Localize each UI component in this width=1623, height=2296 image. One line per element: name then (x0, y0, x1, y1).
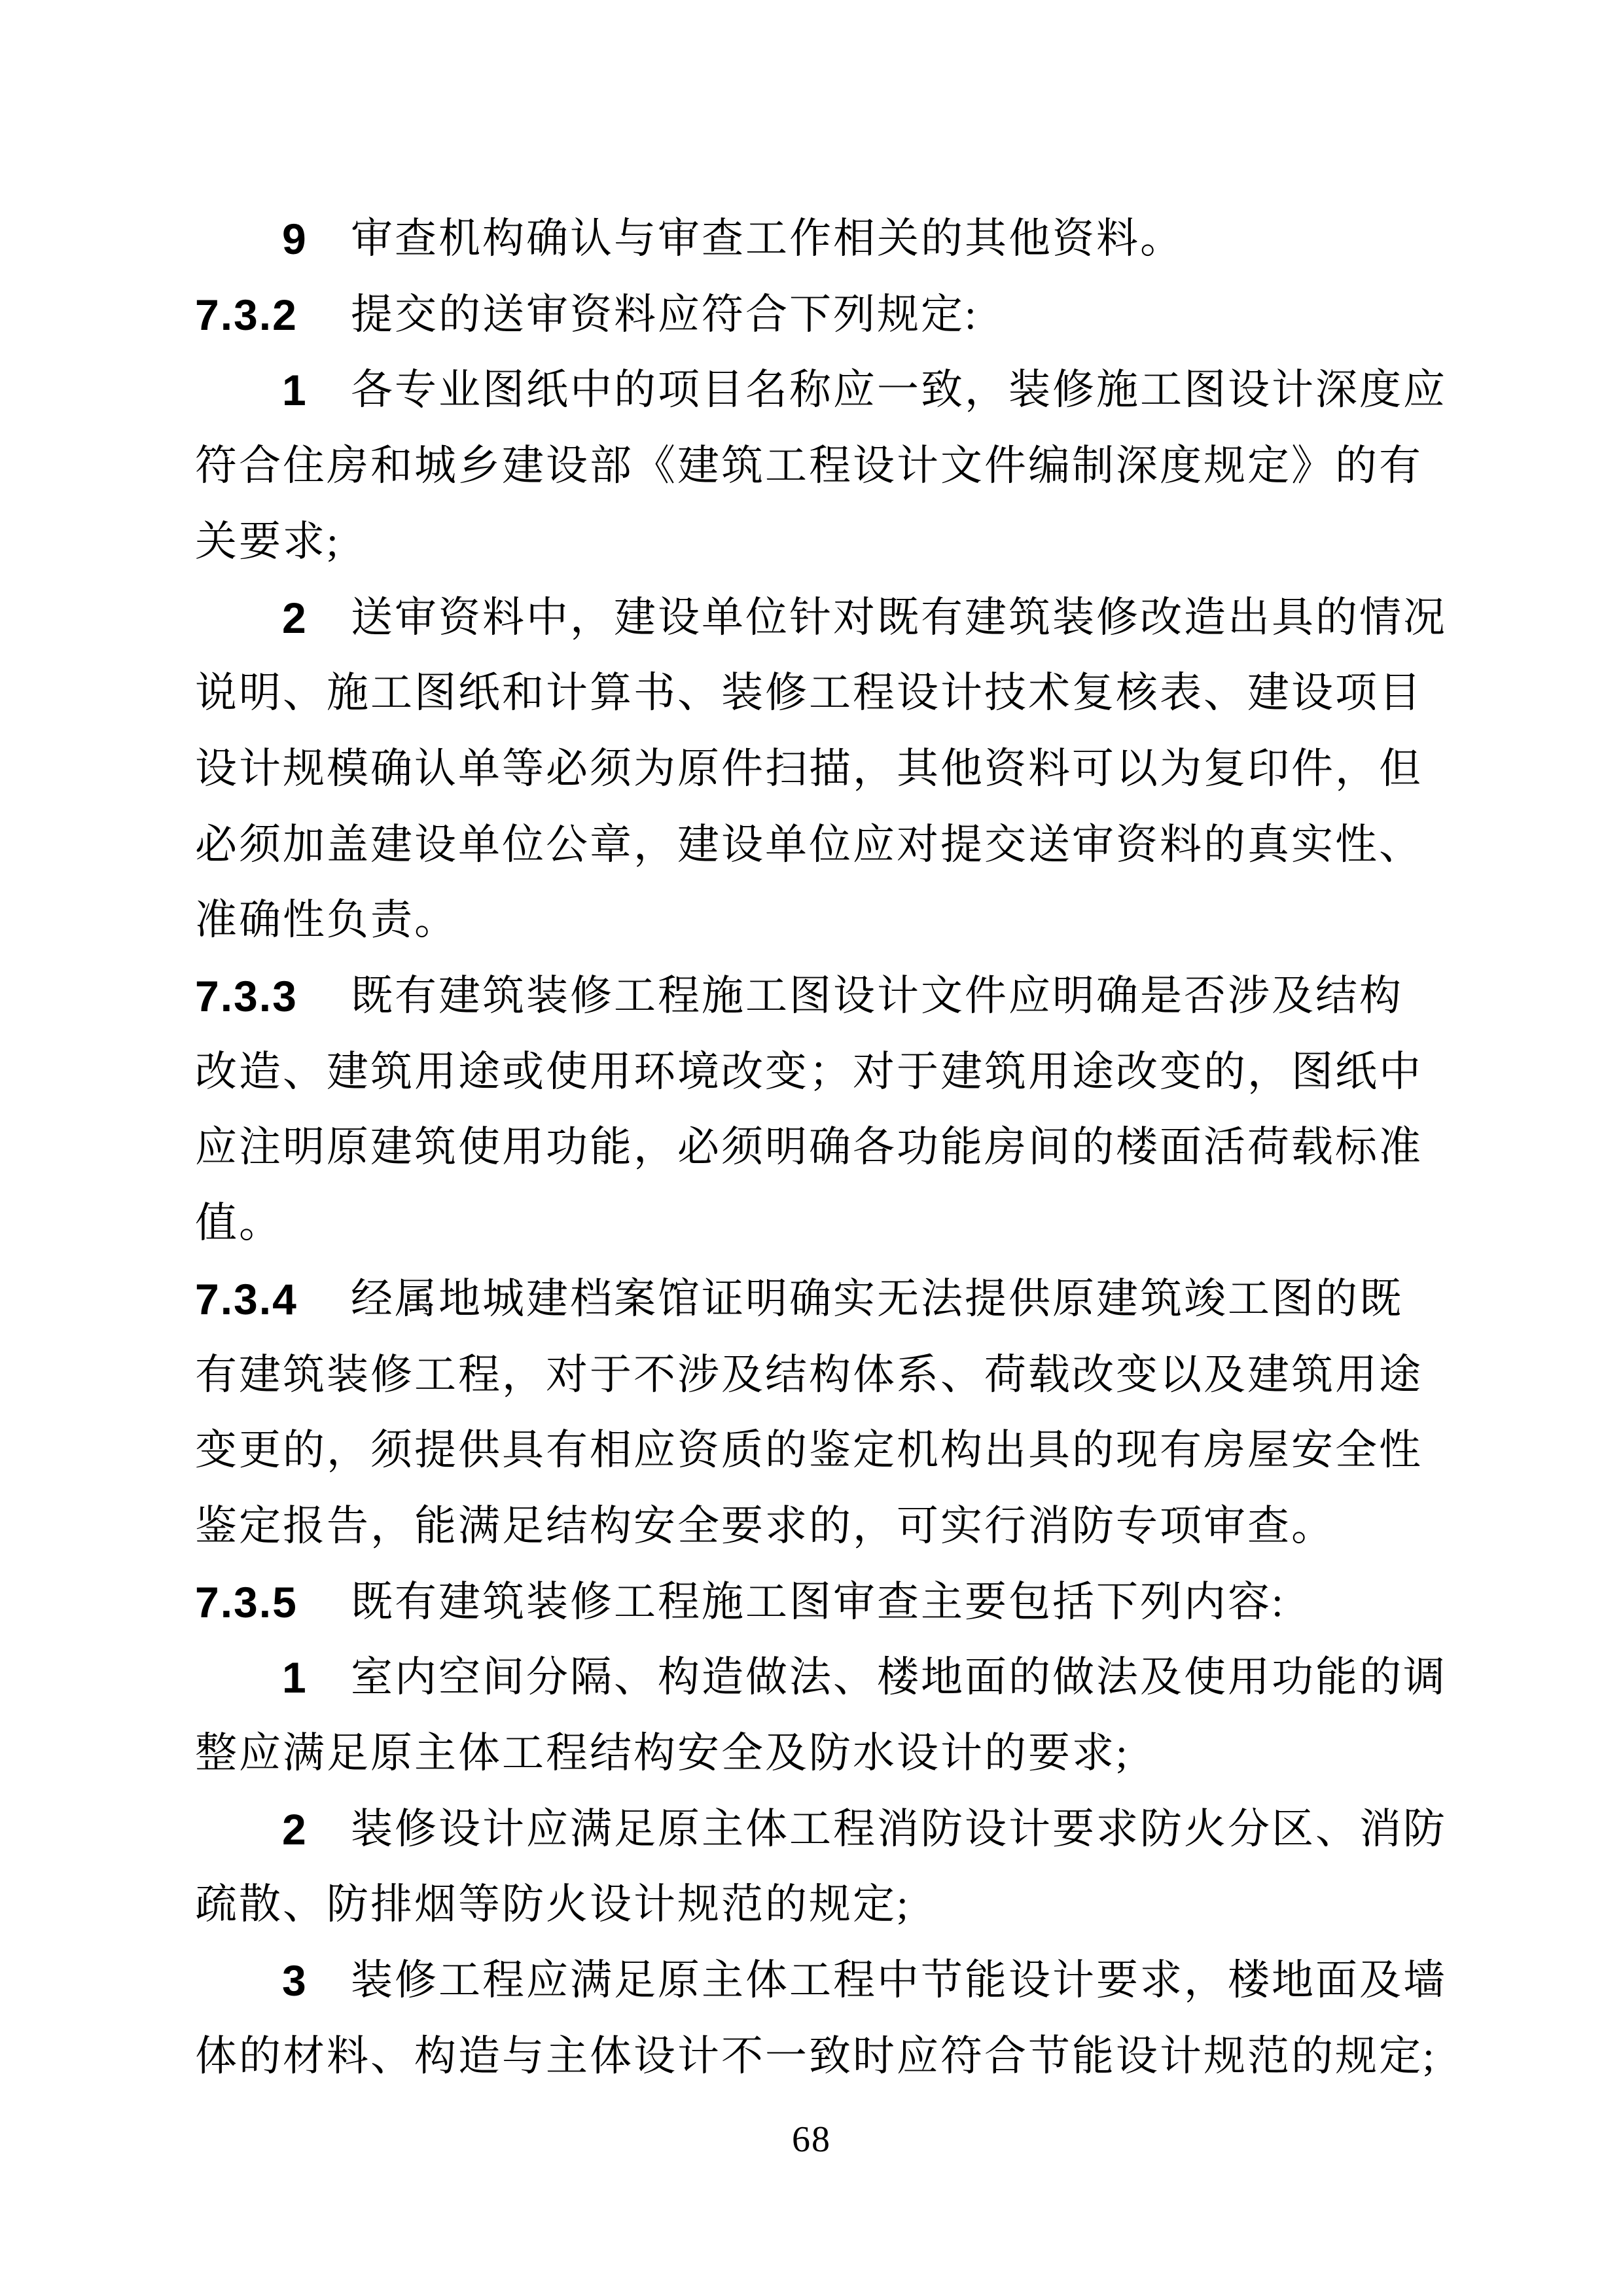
line-text: 经属地城建档案馆证明确实无法提供原建筑竣工图的既 (351, 1261, 1403, 1337)
body-text-line: 符合住房和城乡建设部《建筑工程设计文件编制深度规定》的有 (195, 428, 1452, 504)
line-text: 鉴定报告，能满足结构安全要求的，可实行消防专项审查。 (195, 1488, 1335, 1564)
line-text: 变更的，须提供具有相应资质的鉴定机构出具的现有房屋安全性 (195, 1412, 1423, 1488)
page-number: 68 (0, 2104, 1623, 2176)
line-text: 符合住房和城乡建设部《建筑工程设计文件编制深度规定》的有 (195, 428, 1423, 504)
body-text-line: 关要求; (195, 504, 1452, 580)
line-text: 改造、建筑用途或使用环境改变；对于建筑用途改变的，图纸中 (195, 1034, 1423, 1110)
clause-heading-line: 7.3.3既有建筑装修工程施工图设计文件应明确是否涉及结构 (195, 958, 1452, 1034)
body-text-line: 变更的，须提供具有相应资质的鉴定机构出具的现有房屋安全性 (195, 1412, 1452, 1488)
clause-number: 7.3.4 (195, 1261, 298, 1337)
line-text: 必须加盖建设单位公章，建设单位应对提交送审资料的真实性、 (195, 807, 1423, 883)
numbered-item-line: 1室内空间分隔、构造做法、楼地面的做法及使用功能的调 (195, 1640, 1452, 1715)
line-text: 装修设计应满足原主体工程消防设计要求防火分区、消防 (351, 1791, 1447, 1867)
clause-number: 7.3.3 (195, 958, 298, 1034)
line-text: 准确性负责。 (195, 882, 458, 958)
line-text: 送审资料中，建设单位针对既有建筑装修改造出具的情况 (351, 580, 1447, 656)
item-number: 3 (282, 1943, 308, 2018)
body-text-line: 值。 (195, 1185, 1452, 1261)
line-text: 体的材料、构造与主体设计不一致时应符合节能设计规范的规定; (195, 2018, 1436, 2094)
body-text-line: 应注明原建筑使用功能，必须明确各功能房间的楼面活荷载标准 (195, 1109, 1452, 1185)
body-text-line: 必须加盖建设单位公章，建设单位应对提交送审资料的真实性、 (195, 807, 1452, 883)
body-text-line: 改造、建筑用途或使用环境改变；对于建筑用途改变的，图纸中 (195, 1034, 1452, 1110)
document-page: 9审查机构确认与审查工作相关的其他资料。7.3.2提交的送审资料应符合下列规定:… (0, 0, 1623, 2296)
numbered-item-line: 1各专业图纸中的项目名称应一致，装修施工图设计深度应 (195, 352, 1452, 428)
line-text: 疏散、防排烟等防火设计规范的规定; (195, 1867, 910, 1943)
body-text-line: 有建筑装修工程，对于不涉及结构体系、荷载改变以及建筑用途 (195, 1337, 1452, 1413)
line-text: 室内空间分隔、构造做法、楼地面的做法及使用功能的调 (351, 1640, 1447, 1715)
body-text-line: 准确性负责。 (195, 882, 1452, 958)
clause-heading-line: 7.3.5既有建筑装修工程施工图审查主要包括下列内容: (195, 1564, 1452, 1640)
line-text: 值。 (195, 1185, 283, 1261)
clause-number: 7.3.2 (195, 277, 298, 353)
body-text-line: 体的材料、构造与主体设计不一致时应符合节能设计规范的规定; (195, 2018, 1452, 2094)
line-text: 设计规模确认单等必须为原件扫描，其他资料可以为复印件，但 (195, 731, 1423, 807)
item-number: 2 (282, 580, 308, 656)
line-text: 应注明原建筑使用功能，必须明确各功能房间的楼面活荷载标准 (195, 1109, 1423, 1185)
line-text: 审查机构确认与审查工作相关的其他资料。 (351, 201, 1184, 277)
clause-heading-line: 7.3.2提交的送审资料应符合下列规定: (195, 277, 1452, 353)
line-text: 既有建筑装修工程施工图设计文件应明确是否涉及结构 (351, 958, 1403, 1034)
line-text: 装修工程应满足原主体工程中节能设计要求，楼地面及墙 (351, 1943, 1447, 2018)
item-number: 2 (282, 1791, 308, 1867)
numbered-item-line: 2装修设计应满足原主体工程消防设计要求防火分区、消防 (195, 1791, 1452, 1867)
body-text-line: 说明、施工图纸和计算书、装修工程设计技术复核表、建设项目 (195, 655, 1452, 731)
line-text: 说明、施工图纸和计算书、装修工程设计技术复核表、建设项目 (195, 655, 1423, 731)
line-text: 提交的送审资料应符合下列规定: (351, 277, 978, 353)
body-text-line: 设计规模确认单等必须为原件扫描，其他资料可以为复印件，但 (195, 731, 1452, 807)
clause-heading-line: 7.3.4经属地城建档案馆证明确实无法提供原建筑竣工图的既 (195, 1261, 1452, 1337)
body-text-line: 整应满足原主体工程结构安全及防水设计的要求; (195, 1715, 1452, 1791)
numbered-item-line: 3装修工程应满足原主体工程中节能设计要求，楼地面及墙 (195, 1943, 1452, 2018)
item-number: 1 (282, 1640, 308, 1715)
line-text: 关要求; (195, 504, 340, 580)
body-text-line: 鉴定报告，能满足结构安全要求的，可实行消防专项审查。 (195, 1488, 1452, 1564)
numbered-item-line: 2送审资料中，建设单位针对既有建筑装修改造出具的情况 (195, 580, 1452, 656)
body-text-line: 疏散、防排烟等防火设计规范的规定; (195, 1867, 1452, 1943)
numbered-item-line: 9审查机构确认与审查工作相关的其他资料。 (195, 201, 1452, 277)
item-number: 1 (282, 352, 308, 428)
line-text: 既有建筑装修工程施工图审查主要包括下列内容: (351, 1564, 1285, 1640)
line-text: 各专业图纸中的项目名称应一致，装修施工图设计深度应 (351, 352, 1447, 428)
clause-number: 7.3.5 (195, 1564, 298, 1640)
item-number: 9 (282, 201, 308, 277)
line-text: 有建筑装修工程，对于不涉及结构体系、荷载改变以及建筑用途 (195, 1337, 1423, 1413)
line-text: 整应满足原主体工程结构安全及防水设计的要求; (195, 1715, 1130, 1791)
